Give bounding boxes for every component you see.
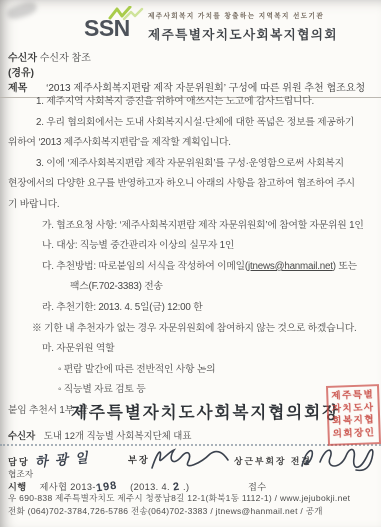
org-name: 제주특별자치도사회복지협의회 — [148, 24, 338, 43]
receipt-label: 접수 — [248, 479, 267, 493]
issue-row: 시행 제사협 2013-198 (2013. 4. 2 .) 접수 — [8, 479, 189, 493]
body-line: ◦ 직능별 자료 검토 등 — [8, 380, 378, 401]
via-row: (경유) — [8, 64, 34, 79]
body-line: 현장에서의 다양한 요구를 반영하고자 하오니 아래의 사항을 참고하여 협조하… — [8, 174, 378, 195]
letter-body: 1. 제주지역 사회복지 증진을 위하여 애쓰시는 노고에 감사드립니다. 2.… — [8, 92, 378, 422]
method-suffix: ) 또는 — [333, 261, 357, 272]
body-line: 가. 협조요청 사항: ‘제주사회복지편람 제작 자문위원회’에 참여할 자문위… — [8, 216, 378, 237]
issue-date-prefix: (2013. 4. — [130, 482, 170, 492]
recipient-label: 수신자 — [8, 53, 37, 64]
signer-title: 제주특별자치도사회복지협의회장 — [71, 399, 340, 423]
org-tagline: 제주사회복지 가치를 창출하는 지역복지 선도기관 — [148, 10, 338, 20]
letterhead: SSN 제주사회복지 가치를 창출하는 지역복지 선도기관 제주특별자치도사회복… — [84, 9, 338, 43]
recipient-row: 수신자 수신자 참조 — [8, 49, 91, 64]
address-row: 우 690-838 제주특별자치도 제주시 청풍남8길 12-1(화북1동 11… — [8, 492, 350, 504]
body-line: 기 바랍니다. — [8, 195, 378, 216]
staff-label: 담당 — [8, 454, 30, 468]
staff-handwritten-name: 하광일 — [35, 445, 98, 471]
recipients-value: 도내 12개 직능별 사회복지단체 대표 — [44, 430, 192, 441]
seal-row: 제주특별 — [329, 389, 376, 403]
issue-date-suffix: .) — [183, 482, 189, 492]
official-seal-stamp: 제주특별 자치도사 회복지협 의회장인 — [326, 384, 381, 446]
seal-row: 의회장인 — [330, 427, 377, 441]
body-line: 팩스(F.702-3383) 전송 — [8, 277, 378, 298]
manager-label: 부장 — [128, 452, 150, 466]
body-line-method: 다. 추천방법: 따로붙임의 서식을 작성하여 이메일(jtnews@hanma… — [8, 257, 378, 278]
body-line: 나. 대상: 직능별 중간관리자 이상의 실무자 1인 — [8, 236, 378, 257]
logo-text: SSN — [84, 15, 130, 42]
body-line: 위하여 ‘2013 제주사회복지편람’을 제작할 계획입니다. — [8, 133, 378, 154]
body-line: 2. 우리 협의회에서는 도내 사회복지시설·단체에 대한 폭넓은 정보를 제공… — [8, 113, 378, 134]
email-address: jtnews@hanmail.net — [248, 261, 333, 272]
issue-label: 시행 — [8, 482, 27, 492]
letterhead-text: 제주사회복지 가치를 창출하는 지역복지 선도기관 제주특별자치도사회복지협의회 — [148, 9, 338, 43]
method-prefix: 다. 추천방법: 따로붙임의 서식을 작성하여 이메일( — [42, 261, 248, 272]
doc-number-printed: 제사협 2013- — [40, 482, 96, 492]
via-label: (경유) — [8, 68, 34, 79]
recipients-list-row: 수신자 도내 12개 직능별 사회복지단체 대표 — [8, 428, 191, 442]
body-line: ◦ 편람 발간에 따른 전반적인 사항 논의 — [8, 360, 378, 381]
cooperator-label: 협조자 — [8, 469, 33, 479]
manager-signature — [148, 444, 232, 474]
recipients-label: 수신자 — [8, 430, 35, 441]
body-line: 3. 이에 ‘제주사회복지편람 제작 자문위원회’를 구성·운영함으로써 사회복… — [8, 154, 378, 175]
ssn-logo: SSN — [84, 9, 142, 43]
seal-row: 회복지협 — [330, 414, 377, 428]
body-line: 마. 자문위원 역할 — [8, 339, 378, 360]
body-line: 1. 제주지역 사회복지 증진을 위하여 애쓰시는 노고에 감사드립니다. — [8, 92, 378, 113]
body-line: 라. 추천기한: 2013. 4. 5일(금) 12:00 한 — [8, 298, 378, 319]
scan-smudge — [6, 0, 39, 21]
body-line-note: ※ 기한 내 추천자가 없는 경우 자문위원회에 참여하지 않는 것으로 하겠습… — [8, 319, 378, 340]
scanned-official-letter: SSN 제주사회복지 가치를 창출하는 지역복지 선도기관 제주특별자치도사회복… — [0, 0, 381, 527]
approval-strip: 담당 하광일 부장 상근부회장 전결 — [0, 448, 381, 474]
recipient-value: 수신자 참조 — [40, 53, 91, 64]
contact-row: 전화 (064)702-3784,726-5786 전송(064)702-338… — [8, 505, 323, 517]
